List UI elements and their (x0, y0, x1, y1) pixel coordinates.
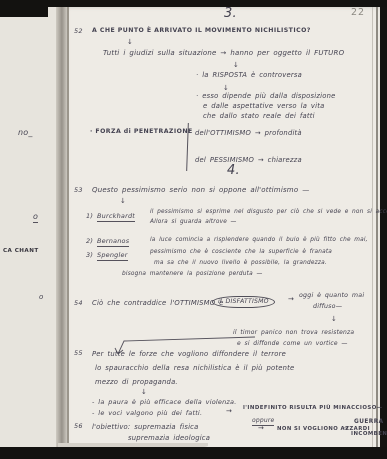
right-arrow-icon: → (288, 295, 294, 303)
right-arrow-icon: → (343, 424, 348, 432)
right-arrow-icon: → (226, 407, 232, 415)
item-56-result-line2: INCOMBENTE (351, 431, 387, 437)
item-52-number: 52 (74, 27, 83, 35)
item-54-aside-line2: diffuso— (313, 303, 342, 310)
item-53-statement: Questo pessimismo serio non si oppone al… (92, 186, 309, 194)
left-page-fragment: no_ (18, 128, 33, 137)
section-number: 4. (227, 163, 240, 178)
item-52-bullet-risposta: · la RISPOSTA è controversa (196, 71, 302, 79)
author-1-note-line1: il pessimismo si esprime nel disgusto pe… (150, 209, 387, 215)
left-page-fragment: o (33, 212, 38, 223)
down-arrow-icon: ↓ (127, 39, 133, 46)
item-56-result-line1: GUERRA (354, 419, 384, 425)
item-54-statement: Ciò che contraddice l'OTTIMISMO è (92, 299, 224, 307)
down-arrow-icon: ↓ (120, 198, 126, 205)
author-1-name: Burckhardt (97, 212, 135, 222)
author-1-note-line2: Allora si guarda altrove — (150, 219, 237, 225)
author-3-note-line2: ma sa che il nuovo livello è possibile, … (154, 260, 327, 266)
item-56-number: 56 (74, 422, 83, 430)
author-3-note-line1: pessimismo che è cosciente che la superf… (150, 249, 332, 255)
item-52-bullet-dipende-line1: · esso dipende più dalla disposizione (196, 92, 335, 100)
down-arrow-icon: ↓ (233, 62, 239, 69)
page-number: 22 (351, 7, 365, 18)
item-55-line2: lo spauracchio della resa nichilistica è… (95, 364, 294, 372)
item-56-line1: l'obiettivo: supremazia fisica (92, 423, 198, 431)
right-arrow-icon: → (258, 424, 264, 432)
left-page-fragment: CA CHANT (3, 248, 39, 254)
author-3-index: 3) (86, 251, 93, 259)
left-page-fragment: o (39, 293, 43, 301)
forza-ottimismo-row: dell'OTTIMISMO → profondità (195, 129, 302, 137)
item-53-number: 53 (74, 186, 83, 194)
author-2-name: Bernanos (97, 237, 129, 247)
photo-background (0, 0, 387, 7)
margin-rule-line (67, 5, 69, 448)
item-52-intro: Tutti i giudizi sulla situazione → hanno… (103, 49, 344, 57)
item-52-bullet-dipende-line3: che dallo stato reale dei fatti (203, 112, 315, 120)
photo-background (0, 447, 387, 459)
page-stack-edge (372, 6, 373, 447)
author-2-note-line1: la luce comincia a risplendere quando il… (150, 237, 368, 243)
notebook-photo: no_ o CA CHANT o 3. 22 52 A CHE PUNTO È … (0, 0, 387, 459)
item-55-line1: Per tutte le forze che vogliono diffonde… (92, 350, 286, 358)
item-55-dash-paura: - la paura è più efficace della violenza… (92, 398, 236, 406)
author-1-index: 1) (86, 212, 93, 220)
down-arrow-icon: ↓ (223, 85, 229, 92)
item-54-number: 54 (74, 299, 83, 307)
item-56-line2: supremazia ideologica (128, 434, 210, 442)
forza-penetrazione-label: · FORZA di PENETRAZIONE (90, 128, 193, 135)
item-55-dash-voci: - le voci valgono più dei fatti. (92, 409, 202, 417)
forza-pessimismo-row: del PESSIMISMO → chiarezza (195, 156, 302, 164)
left-page-edge (0, 7, 58, 447)
item-55-indefinito-note: l'INDEFINITO RISULTA PIÙ MINACCIOSO— (243, 405, 383, 411)
author-3-name: Spengler (97, 251, 128, 261)
down-arrow-icon: ↓ (331, 316, 337, 323)
item-54-aside-line1: oggi è quanto mai (299, 292, 364, 299)
item-52-bullet-dipende-line2: e dalle aspettative verso la vita (203, 102, 324, 110)
item-52-question: A CHE PUNTO È ARRIVATO IL MOVIMENTO NICH… (92, 27, 311, 34)
chapter-number: 3. (224, 6, 237, 21)
author-3-note-line3: bisogna mantenere la posizione perduta — (122, 271, 262, 277)
page-stack-edge (376, 7, 378, 447)
item-55-line3: mezzo di propaganda. (95, 378, 178, 386)
author-2-index: 2) (86, 237, 93, 245)
item-55-number: 55 (74, 349, 83, 357)
item-54-circled-word: il DISFATTISMO (212, 296, 275, 308)
photo-background (0, 0, 48, 17)
down-arrow-icon: ↓ (141, 389, 147, 396)
